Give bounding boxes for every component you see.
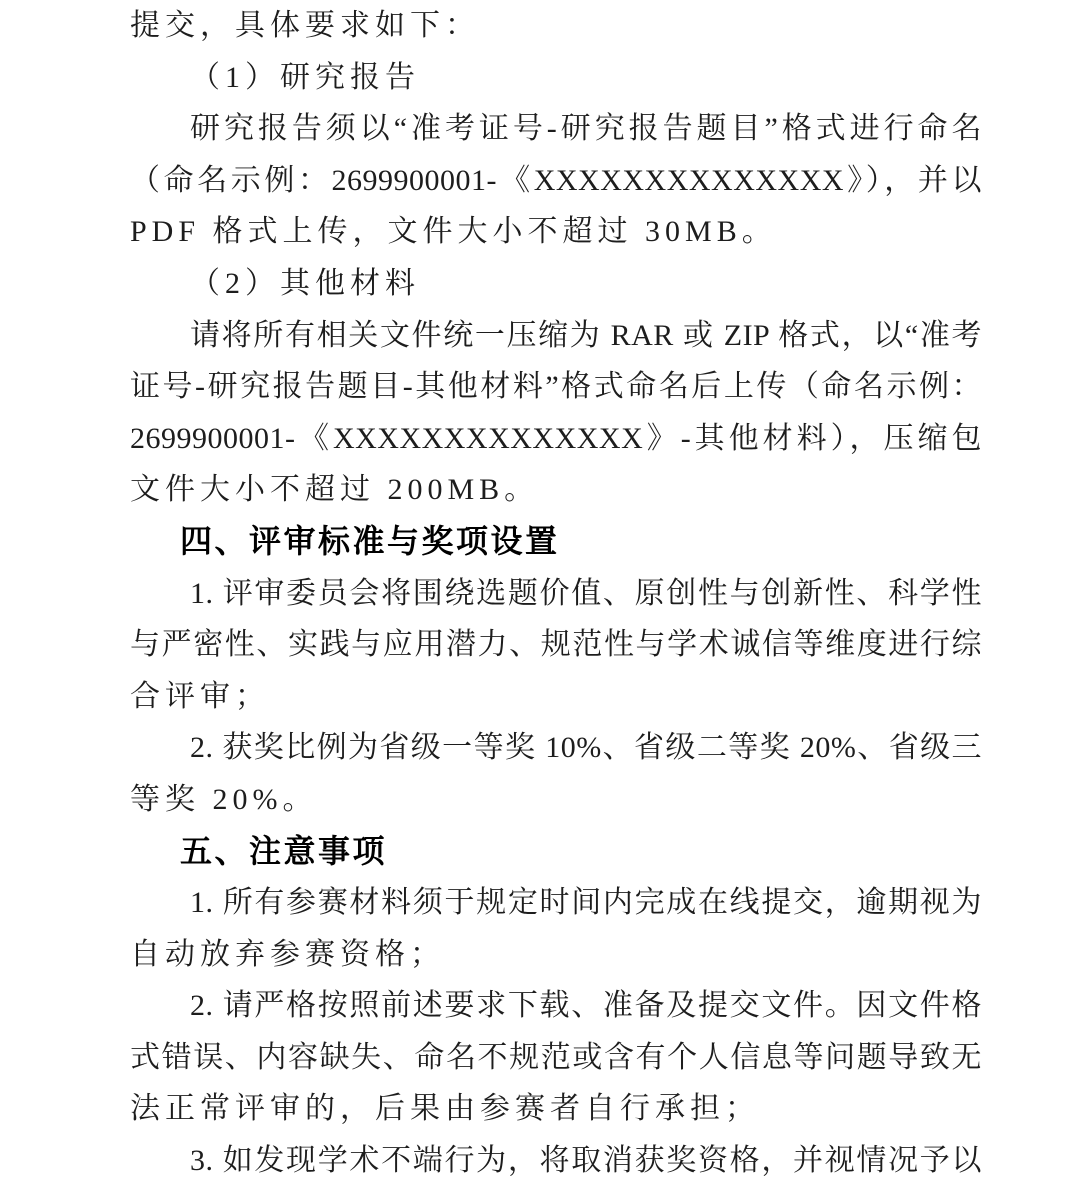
text-line: 与严密性、实践与应用潜力、规范性与学术诚信等维度进行综 — [130, 619, 982, 671]
text-line: 自动放弃参赛资格； — [130, 929, 982, 981]
text-line: 1. 评审委员会将围绕选题价值、原创性与创新性、科学性 — [130, 568, 982, 620]
text-line: （2）其他材料 — [130, 258, 982, 310]
text-line: （命名示例：2699900001-《XXXXXXXXXXXXXX》），并以 — [130, 155, 982, 207]
text-line: 合评审； — [130, 671, 982, 723]
text-line: 证号-研究报告题目-其他材料”格式命名后上传（命名示例： — [130, 361, 982, 413]
text-line: 等奖 20%。 — [130, 774, 982, 826]
document-content: 提交，具体要求如下：（1）研究报告研究报告须以“准考证号-研究报告题目”格式进行… — [130, 0, 982, 1184]
text-line: 文件大小不超过 200MB。 — [130, 464, 982, 516]
text-line: 2699900001-《XXXXXXXXXXXXXX》-其他材料），压缩包 — [130, 413, 982, 465]
section-heading: 四、评审标准与奖项设置 — [130, 516, 982, 568]
text-line: 3. 如发现学术不端行为，将取消获奖资格，并视情况予以 — [130, 1135, 982, 1184]
text-line: PDF 格式上传，文件大小不超过 30MB。 — [130, 206, 982, 258]
text-line: 请将所有相关文件统一压缩为 RAR 或 ZIP 格式，以“准考 — [130, 310, 982, 362]
text-line: 式错误、内容缺失、命名不规范或含有个人信息等问题导致无 — [130, 1032, 982, 1084]
text-line: 1. 所有参赛材料须于规定时间内完成在线提交，逾期视为 — [130, 877, 982, 929]
text-line: 研究报告须以“准考证号-研究报告题目”格式进行命名 — [130, 103, 982, 155]
section-heading: 五、注意事项 — [130, 826, 982, 878]
document-page: 提交，具体要求如下：（1）研究报告研究报告须以“准考证号-研究报告题目”格式进行… — [0, 0, 1080, 1184]
text-line: 2. 获奖比例为省级一等奖 10%、省级二等奖 20%、省级三 — [130, 722, 982, 774]
text-line: 法正常评审的，后果由参赛者自行承担； — [130, 1083, 982, 1135]
text-line: 2. 请严格按照前述要求下载、准备及提交文件。因文件格 — [130, 980, 982, 1032]
text-line: 提交，具体要求如下： — [130, 0, 982, 52]
text-line: （1）研究报告 — [130, 52, 982, 104]
